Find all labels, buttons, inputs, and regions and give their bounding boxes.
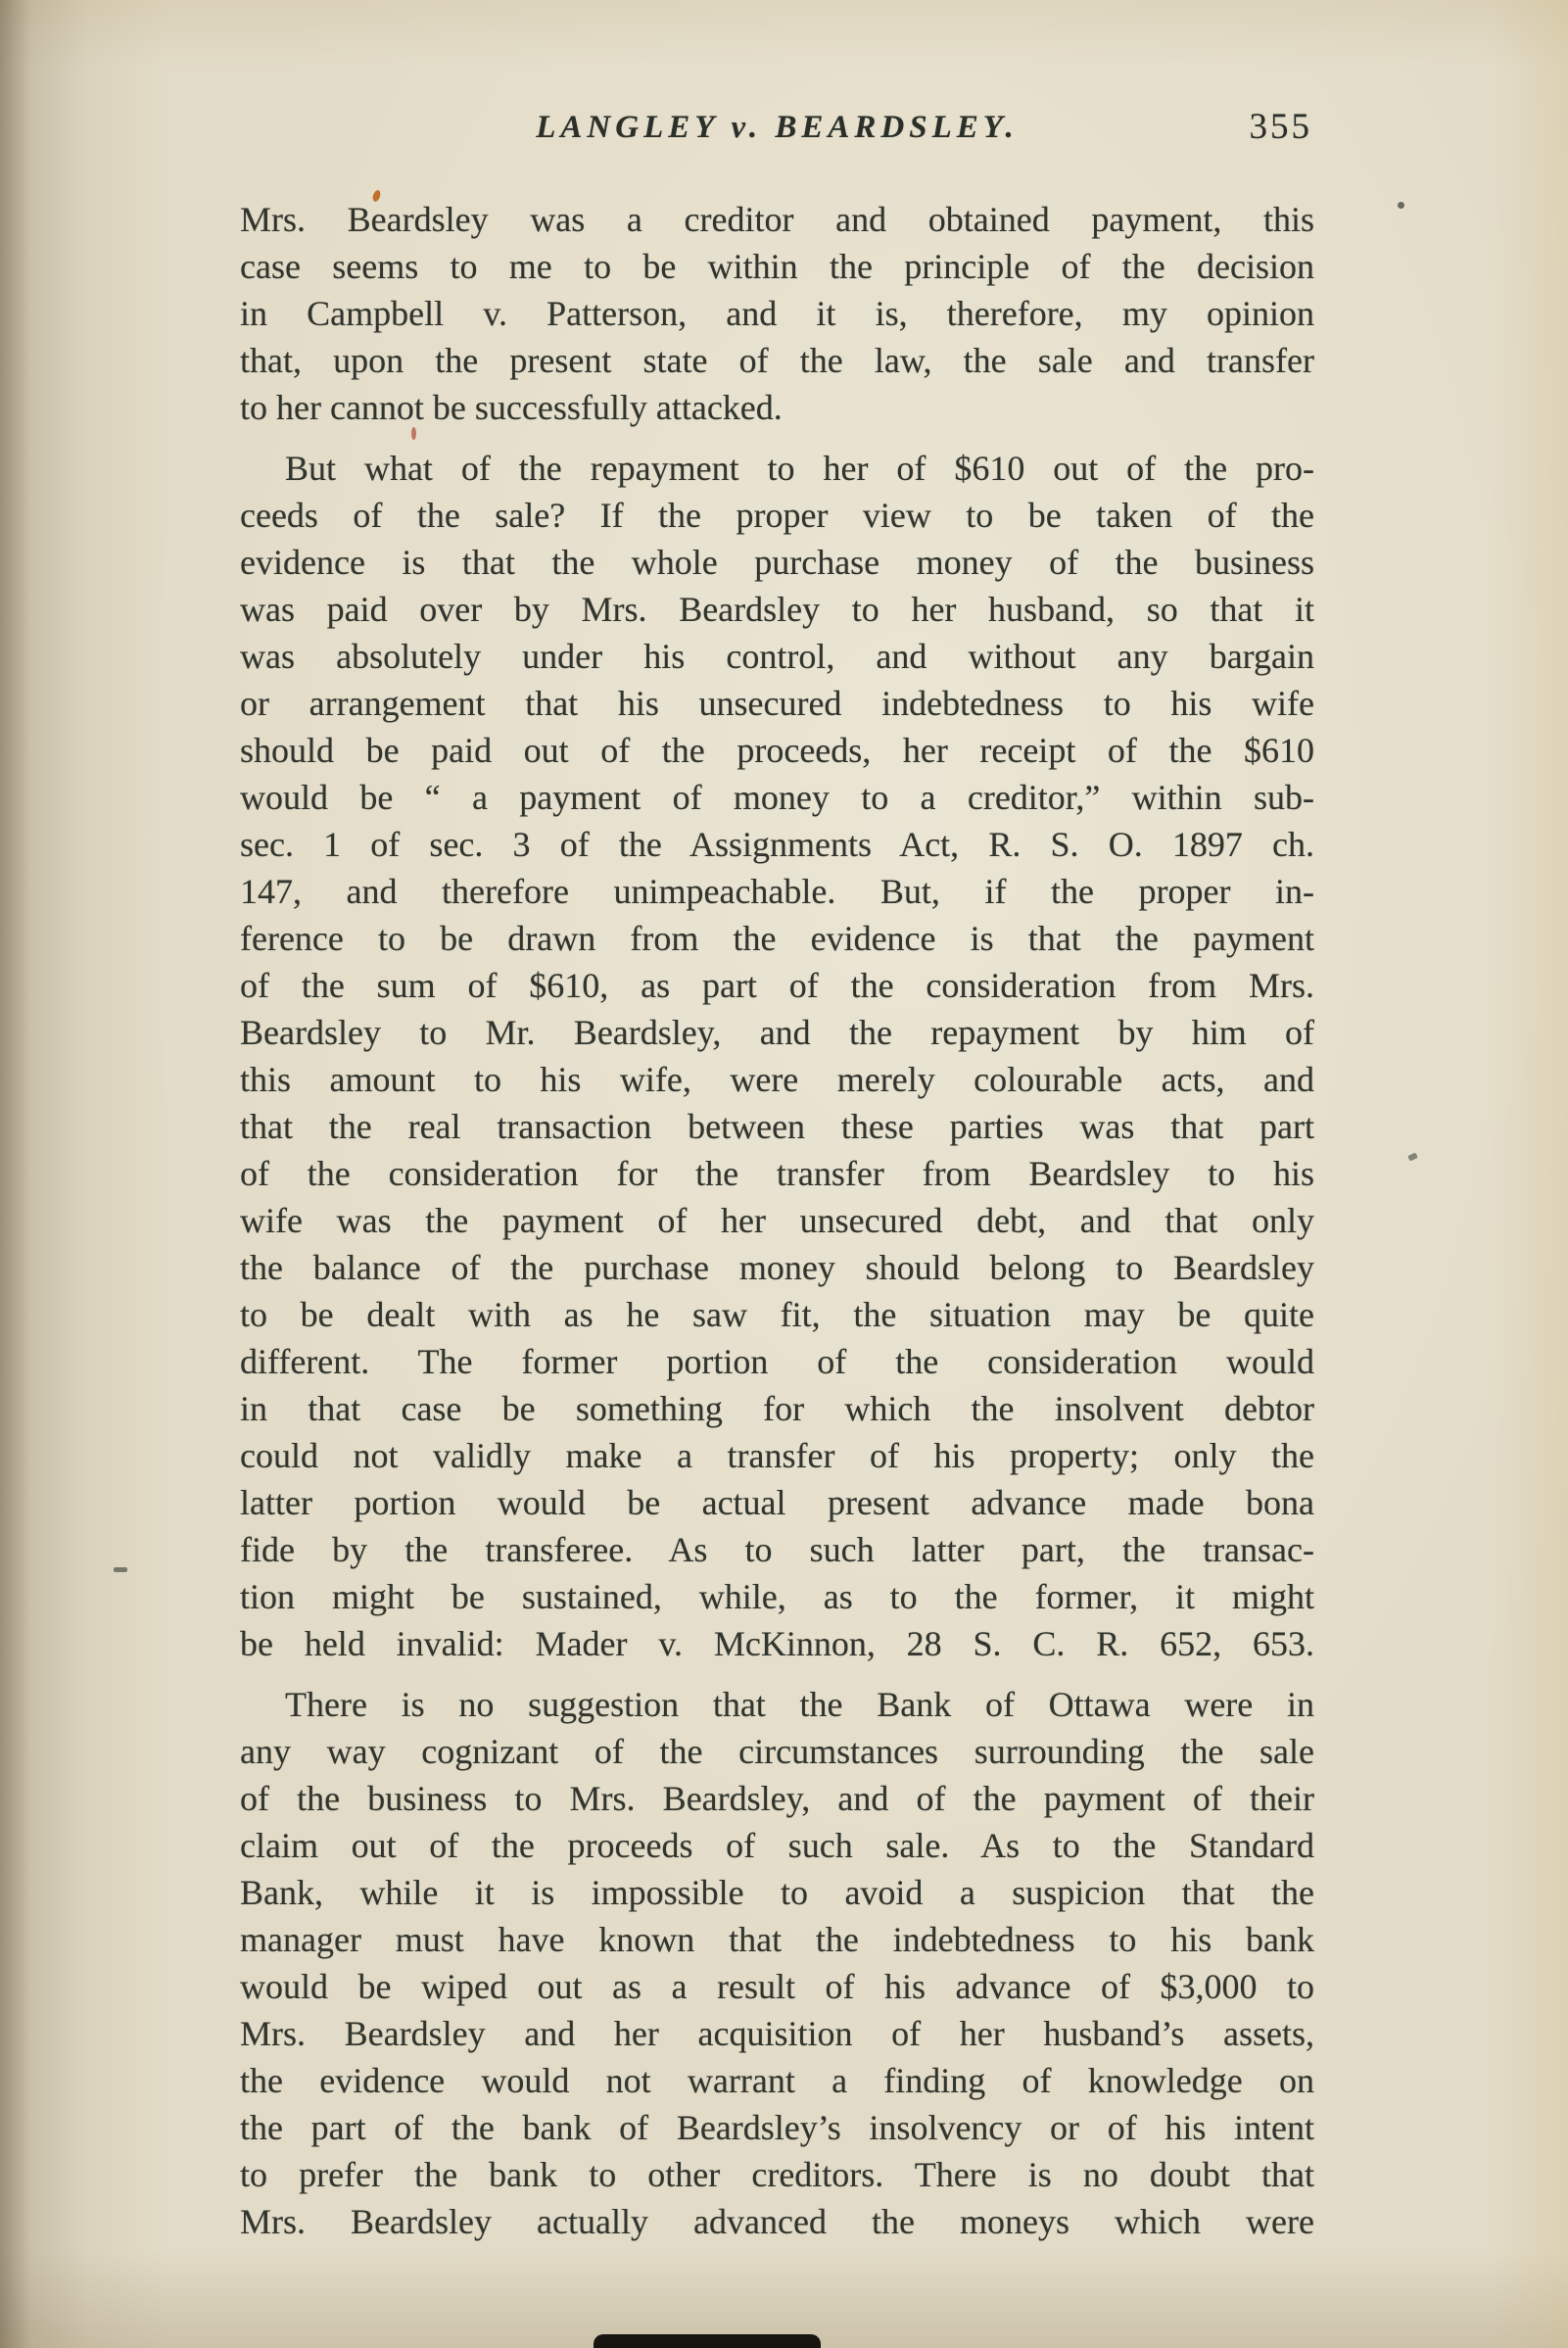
- text-line: could not validly make a transfer of his…: [240, 1432, 1314, 1479]
- text-line: sec. 1 of sec. 3 of the Assignments Act,…: [240, 821, 1314, 868]
- text-line: of the sum of $610, as part of the consi…: [240, 962, 1314, 1009]
- page-body: Mrs. Beardsley was a creditor and obtain…: [240, 196, 1314, 2259]
- text-line: be held invalid: Mader v. McKinnon, 28 S…: [240, 1620, 1314, 1667]
- text-line: case seems to me to be within the princi…: [240, 243, 1314, 290]
- text-line: or arrangement that his unsecured indebt…: [240, 680, 1314, 727]
- scan-speck: [1398, 202, 1404, 209]
- text-line: would be wiped out as a result of his ad…: [240, 1963, 1314, 2010]
- scan-speck: [411, 427, 416, 440]
- text-line: ference to be drawn from the evidence is…: [240, 915, 1314, 962]
- text-line: ceeds of the sale? If the proper view to…: [240, 492, 1314, 539]
- text-line: was absolutely under his control, and wi…: [240, 633, 1314, 680]
- text-line: latter portion would be actual present a…: [240, 1479, 1314, 1526]
- paragraph: Mrs. Beardsley was a creditor and obtain…: [240, 196, 1314, 431]
- paragraph: There is no suggestion that the Bank of …: [240, 1681, 1314, 2245]
- text-line: of the business to Mrs. Beardsley, and o…: [240, 1775, 1314, 1822]
- text-line: the evidence would not warrant a finding…: [240, 2057, 1314, 2104]
- case-title: LANGLEY v. BEARDSLEY.: [240, 110, 1314, 146]
- text-line: the part of the bank of Beardsley’s inso…: [240, 2104, 1314, 2151]
- text-line: Mrs. Beardsley was a creditor and obtain…: [240, 196, 1314, 243]
- text-line: to her cannot be successfully attacked.: [240, 384, 1314, 431]
- scan-speck: [114, 1567, 127, 1572]
- text-line: should be paid out of the proceeds, her …: [240, 727, 1314, 774]
- text-line: fide by the transferee. As to such latte…: [240, 1526, 1314, 1573]
- text-line: was paid over by Mrs. Beardsley to her h…: [240, 586, 1314, 633]
- scan-speck: [1407, 1152, 1418, 1161]
- paragraph: But what of the repayment to her of $610…: [240, 445, 1314, 1667]
- text-line: to prefer the bank to other creditors. T…: [240, 2151, 1314, 2198]
- text-line: Beardsley to Mr. Beardsley, and the repa…: [240, 1009, 1314, 1056]
- page-number: 355: [1250, 106, 1313, 148]
- text-line: in that case be something for which the …: [240, 1385, 1314, 1432]
- text-line: any way cognizant of the circumstances s…: [240, 1728, 1314, 1775]
- text-line: of the consideration for the transfer fr…: [240, 1150, 1314, 1197]
- text-line: Mrs. Beardsley and her acquisition of he…: [240, 2010, 1314, 2057]
- text-line: that, upon the present state of the law,…: [240, 337, 1314, 384]
- text-line: Mrs. Beardsley actually advanced the mon…: [240, 2198, 1314, 2245]
- text-line: Bank, while it is impossible to avoid a …: [240, 1869, 1314, 1916]
- text-line: tion might be sustained, while, as to th…: [240, 1573, 1314, 1620]
- text-line: evidence is that the whole purchase mone…: [240, 539, 1314, 586]
- text-line: this amount to his wife, were merely col…: [240, 1056, 1314, 1103]
- text-line: the balance of the purchase money should…: [240, 1244, 1314, 1291]
- scanned-page: LANGLEY v. BEARDSLEY. 355 Mrs. Beardsley…: [0, 0, 1568, 2348]
- text-line: would be “ a payment of money to a credi…: [240, 774, 1314, 821]
- text-line: to be dealt with as he saw fit, the situ…: [240, 1291, 1314, 1338]
- running-header: LANGLEY v. BEARDSLEY. 355: [240, 110, 1314, 161]
- text-line: claim out of the proceeds of such sale. …: [240, 1822, 1314, 1869]
- text-line: 147, and therefore unimpeachable. But, i…: [240, 868, 1314, 915]
- text-line: wife was the payment of her unsecured de…: [240, 1197, 1314, 1244]
- scan-edge-notch: [594, 2334, 821, 2348]
- text-line: different. The former portion of the con…: [240, 1338, 1314, 1385]
- text-line: in Campbell v. Patterson, and it is, the…: [240, 290, 1314, 337]
- text-line: But what of the repayment to her of $610…: [240, 445, 1314, 492]
- text-line: manager must have known that the indebte…: [240, 1916, 1314, 1963]
- text-line: There is no suggestion that the Bank of …: [240, 1681, 1314, 1728]
- text-line: that the real transaction between these …: [240, 1103, 1314, 1150]
